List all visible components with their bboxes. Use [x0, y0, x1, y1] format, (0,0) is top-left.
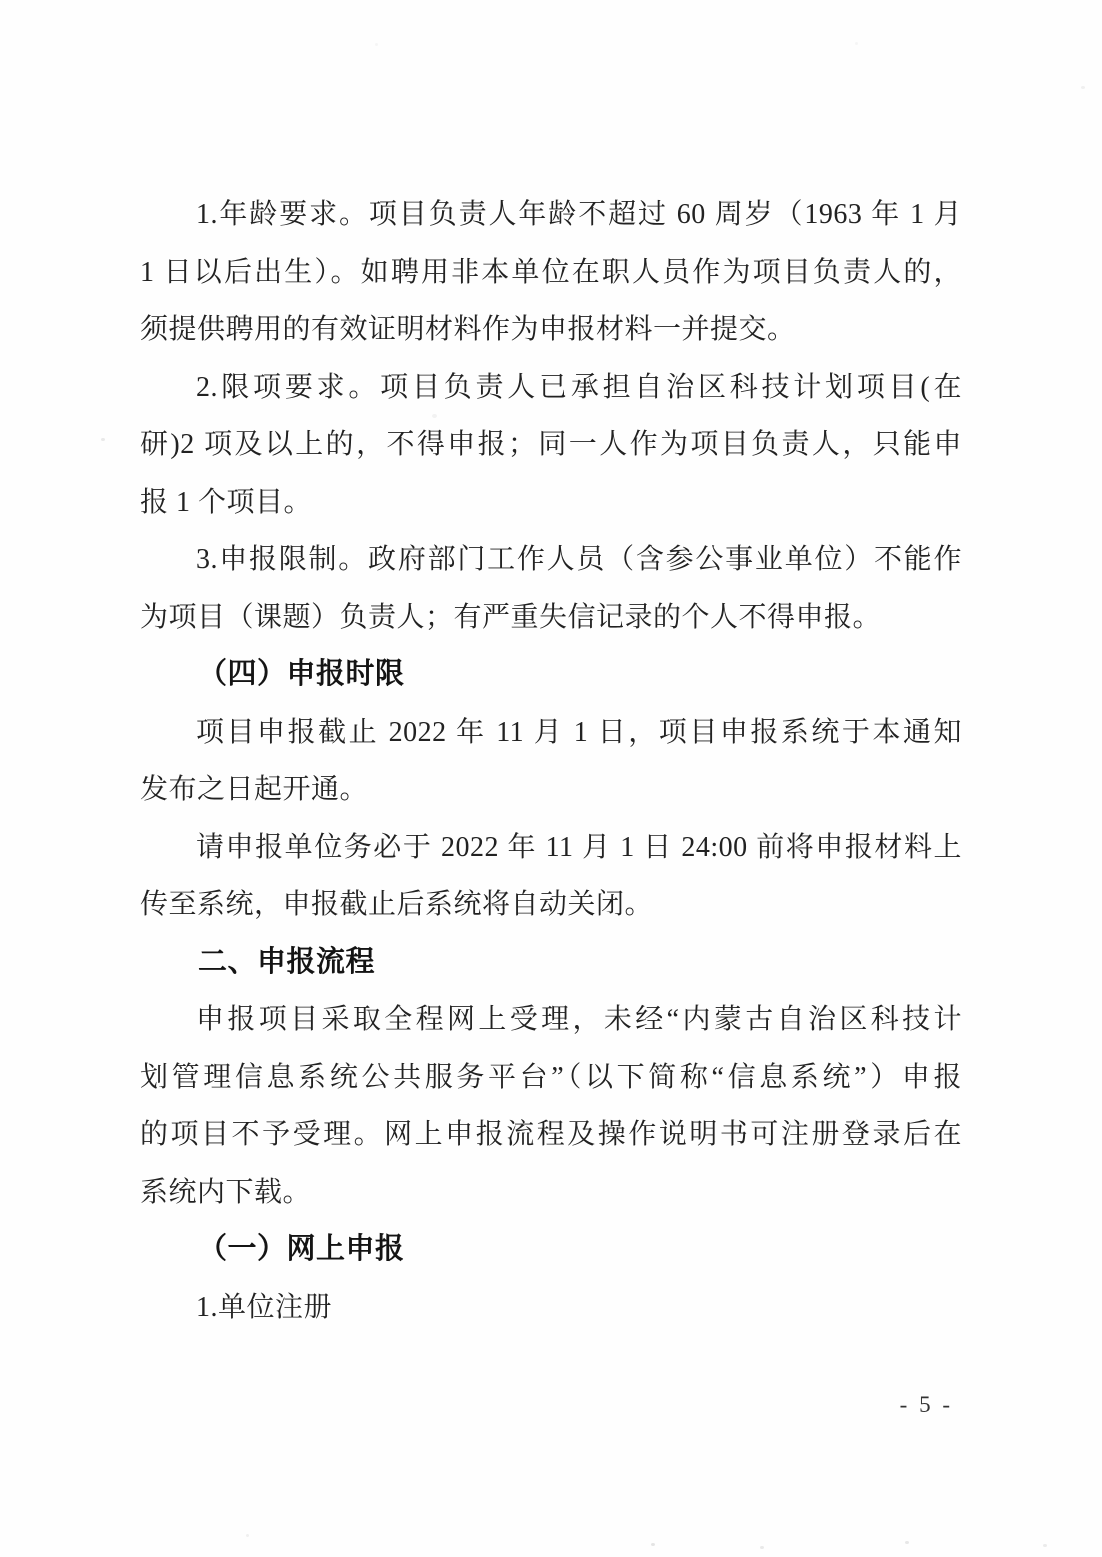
page-number: - 5 - [900, 1392, 953, 1418]
text-line: 须提供聘用的有效证明材料作为申报材料一并提交。 [140, 301, 962, 359]
text-line: 3.申报限制。政府部门工作人员（含参公事业单位）不能作 [140, 531, 962, 589]
text-line: 1 日以后出生）。如聘用非本单位在职人员作为项目负责人的， [140, 244, 962, 302]
scan-speckle [375, 43, 378, 46]
text-line: 2.限项要求。项目负责人已承担自治区科技计划项目(在 [140, 359, 962, 417]
text-line: 研)2 项及以上的，不得申报；同一人作为项目负责人，只能申 [140, 416, 962, 474]
scan-speckle [905, 1541, 909, 1544]
text-line: 的项目不予受理。网上申报流程及操作说明书可注册登录后在 [140, 1106, 962, 1164]
text-line: 1.单位注册 [140, 1279, 962, 1337]
document-body: 1.年龄要求。项目负责人年龄不超过 60 周岁（1963 年 1 月 1 日以后… [140, 186, 962, 1336]
scan-speckle [855, 42, 858, 45]
scan-speckle [246, 1534, 249, 1537]
scan-speckle [1081, 86, 1085, 89]
section-heading: （四）申报时限 [140, 646, 962, 704]
scan-speckle [101, 438, 105, 441]
text-line: 传至系统，申报截止后系统将自动关闭。 [140, 876, 962, 934]
text-line: 报 1 个项目。 [140, 474, 962, 532]
text-line: 1.年龄要求。项目负责人年龄不超过 60 周岁（1963 年 1 月 [140, 186, 962, 244]
text-line: 申报项目采取全程网上受理，未经“内蒙古自治区科技计 [140, 991, 962, 1049]
text-line: 为项目（课题）负责人；有严重失信记录的个人不得申报。 [140, 589, 962, 647]
scan-speckle [1043, 1544, 1047, 1547]
text-line: 系统内下载。 [140, 1164, 962, 1222]
text-line: 项目申报截止 2022 年 11 月 1 日，项目申报系统于本通知 [140, 704, 962, 762]
section-heading: 二、申报流程 [140, 934, 962, 992]
section-heading: （一）网上申报 [140, 1221, 962, 1279]
document-page: 1.年龄要求。项目负责人年龄不超过 60 周岁（1963 年 1 月 1 日以后… [0, 0, 1102, 1557]
scan-speckle [432, 414, 437, 418]
text-line: 发布之日起开通。 [140, 761, 962, 819]
text-line: 请申报单位务必于 2022 年 11 月 1 日 24:00 前将申报材料上 [140, 819, 962, 877]
text-line: 划管理信息系统公共服务平台”（以下简称“信息系统”）申报 [140, 1049, 962, 1107]
scan-speckle [651, 1543, 655, 1546]
scan-speckle [760, 1546, 764, 1549]
